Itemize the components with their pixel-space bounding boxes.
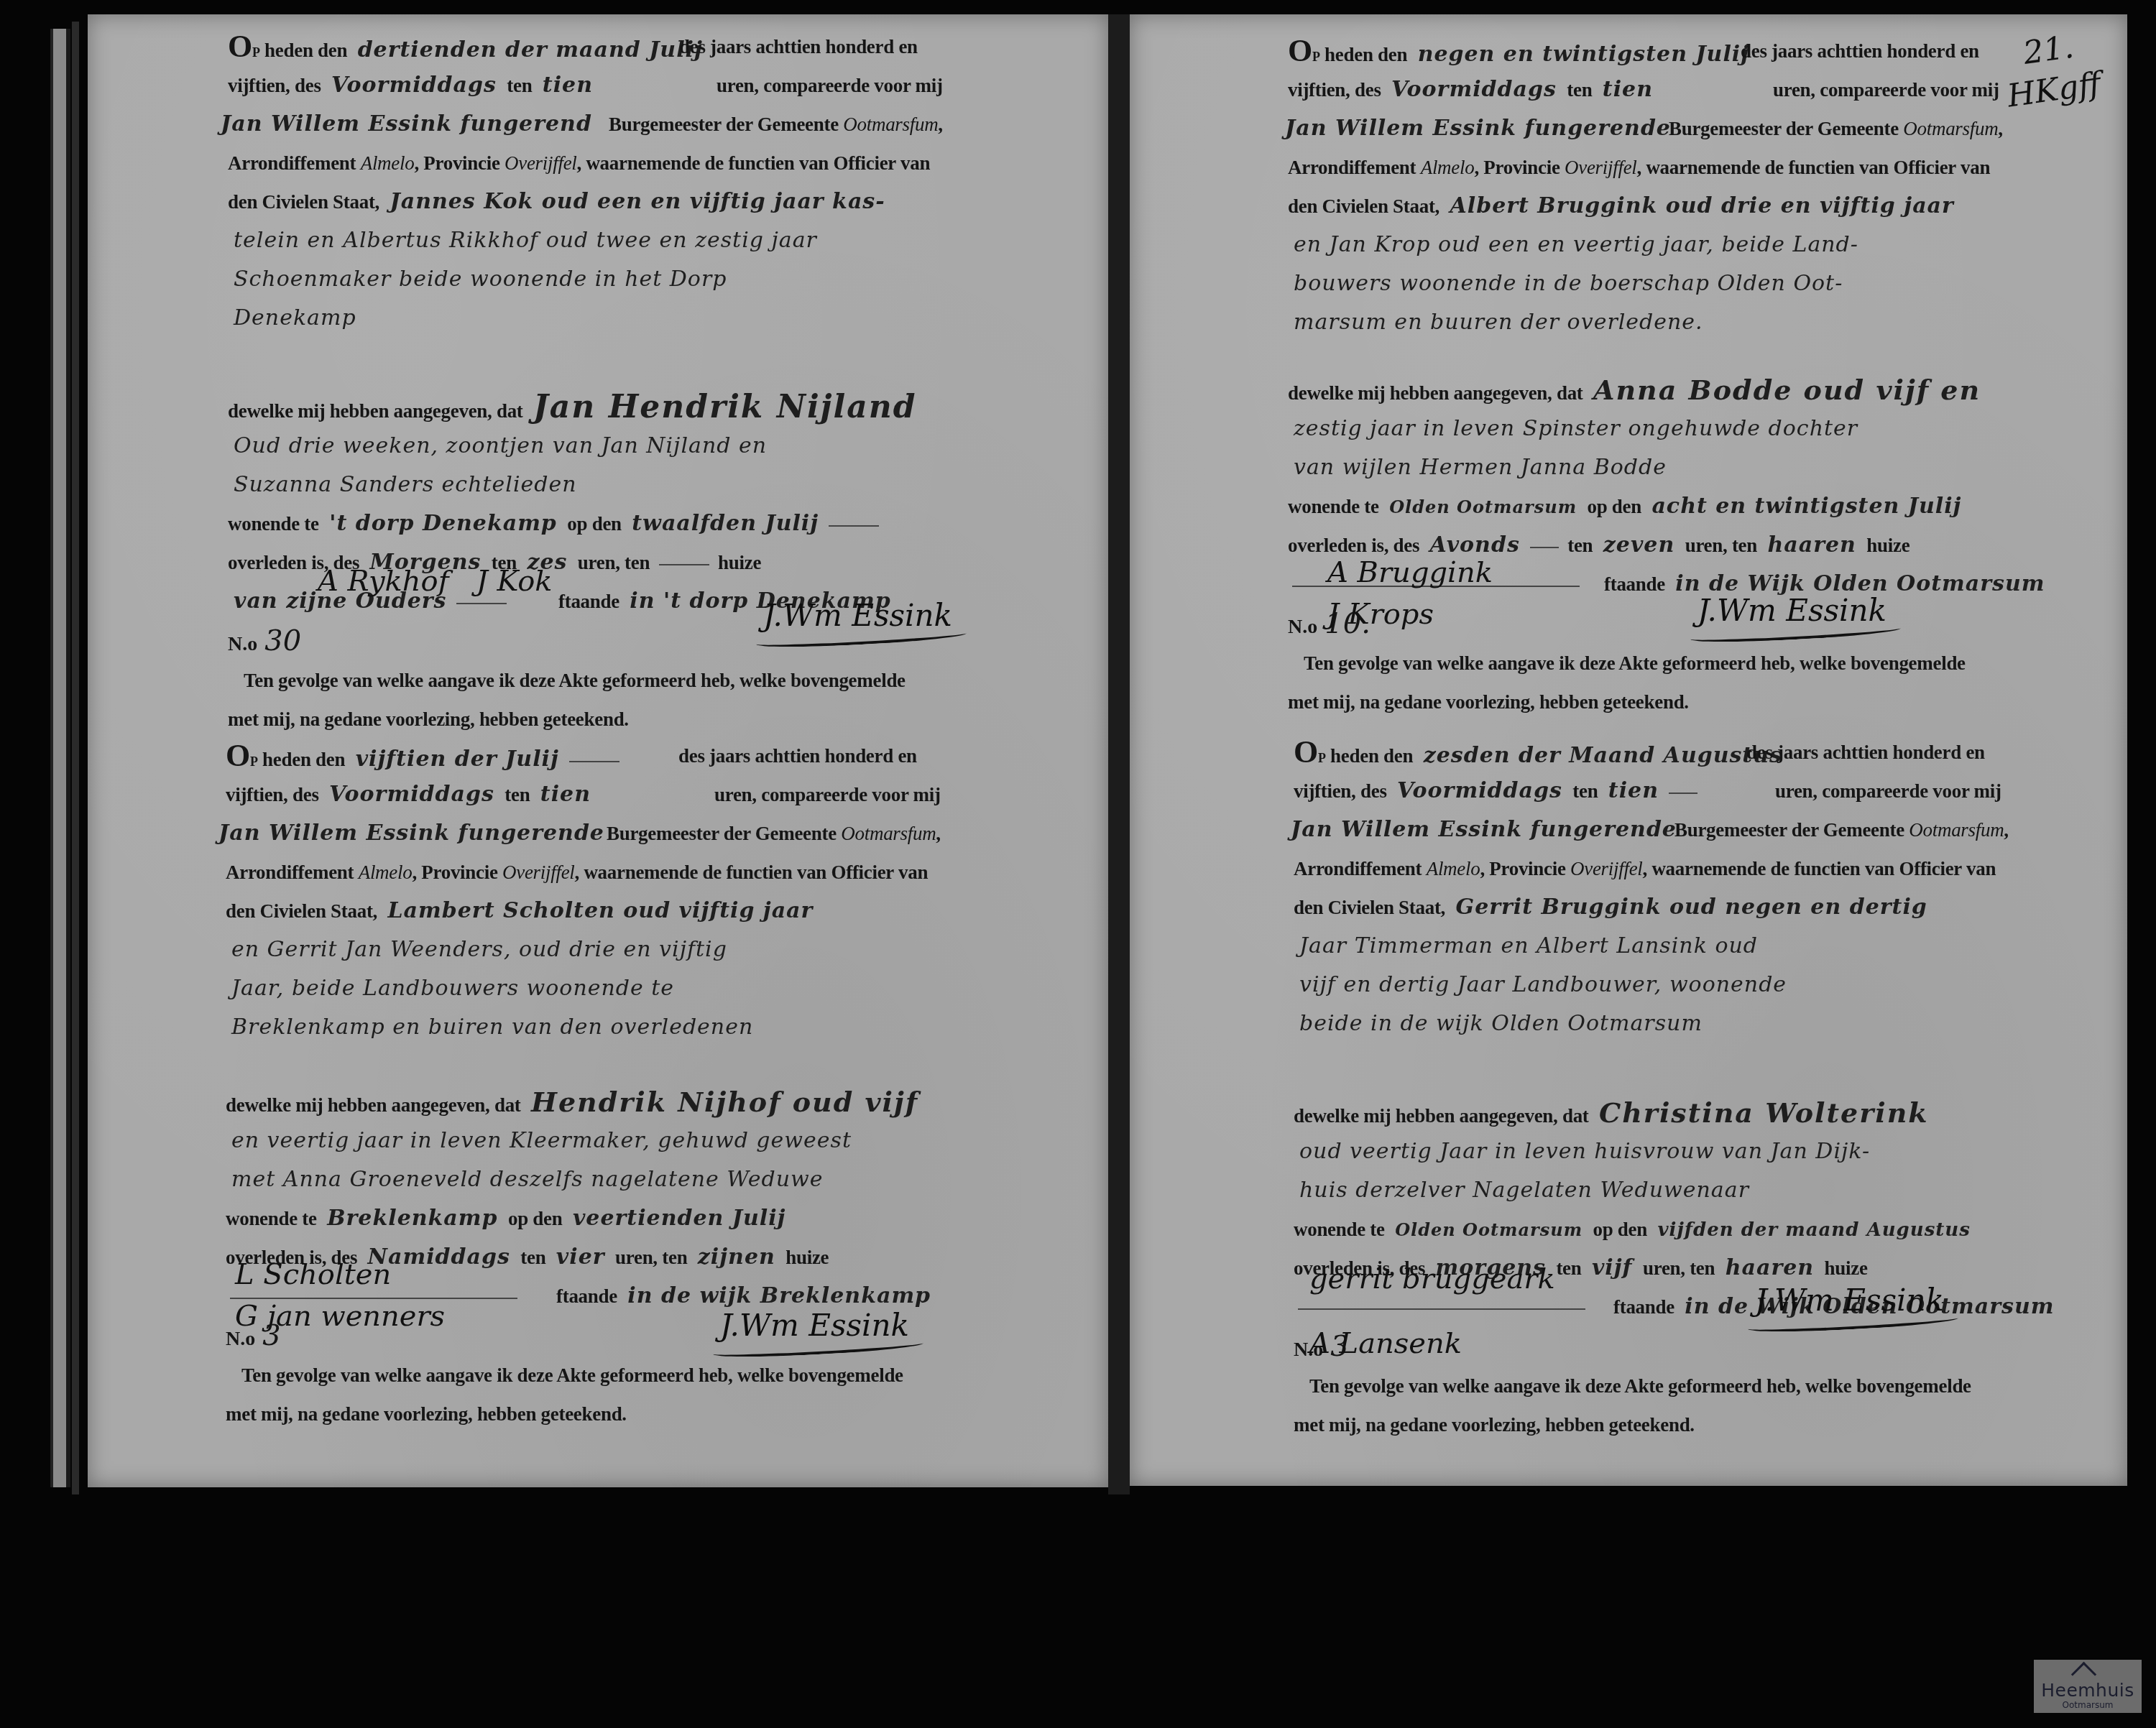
printed-text: op den xyxy=(567,513,621,535)
handwritten-deceased-name: Christina Wolterink xyxy=(1599,1096,1929,1129)
printed-text: des jaars achttien honderd en xyxy=(1741,32,1979,70)
handwritten-deceased-details: Oud drie weeken, zoontjen van Jan Nijlan… xyxy=(234,433,767,458)
printed-text: ten xyxy=(1567,79,1592,101)
mayor-signature: J.Wm Essink xyxy=(763,598,952,633)
printed-province: Overijffel xyxy=(505,152,576,174)
printed-text: op den xyxy=(508,1208,562,1229)
printed-text: Burgemeester der Gemeente xyxy=(607,823,837,844)
printed-text: , xyxy=(936,823,940,844)
printed-text: wonende te xyxy=(1288,496,1379,517)
book-spine-edge xyxy=(72,22,79,1494)
printed-text: ten xyxy=(1572,780,1598,802)
initial-letter-rest: P xyxy=(250,754,258,769)
printed-text: Arrondiffement xyxy=(1294,858,1422,879)
handwritten-deceased-details: van wijlen Hermen Janna Bodde xyxy=(1294,455,1667,480)
printed-text: , waarnemende de functien van Officier v… xyxy=(1637,157,1991,178)
printed-text: dewelke mij hebben aangegeven, dat xyxy=(226,1094,521,1116)
handwritten-deceased-name: Anna Bodde oud vijf en xyxy=(1593,374,1981,406)
printed-text: des jaars achttien honderd en xyxy=(679,27,918,66)
printed-text: huize xyxy=(1866,535,1909,556)
handwritten-witnesses: Gerrit Bruggink oud negen en dertig xyxy=(1456,895,1927,920)
printed-text: , Provincie xyxy=(1474,157,1560,178)
watermark-subtitle: Ootmarsum xyxy=(2034,1700,2142,1710)
printed-text: vijftien, des xyxy=(1294,780,1387,802)
printed-text: dewelke mij hebben aangegeven, dat xyxy=(1288,382,1583,404)
printed-text: met mij, na gedane voorlezing, hebben ge… xyxy=(1294,1414,1695,1436)
book-page-edges xyxy=(50,29,70,1487)
handwritten-residence: Olden Ootmarsum xyxy=(1389,496,1577,517)
printed-text: ftaande xyxy=(1613,1296,1674,1318)
handwritten-witnesses: Jaar, beide Landbouwers woonende te xyxy=(231,976,674,1001)
mayor-signature: J.Wm Essink xyxy=(720,1308,909,1343)
handwritten-date: negen en twintigsten Julij xyxy=(1418,42,1749,67)
initial-letter: O xyxy=(228,29,252,64)
handwritten-witnesses: beide in de wijk Olden Ootmarsum xyxy=(1299,1011,1703,1036)
initial-letter: O xyxy=(1294,734,1318,770)
printed-municipality: Ootmarsfum xyxy=(843,114,938,135)
handwritten-deceased-details: huis derzelver Nagelaten Weduwenaar xyxy=(1299,1178,1749,1203)
printed-text: uren, ten xyxy=(1643,1257,1715,1279)
printed-text: Ten gevolge van welke aangave ik deze Ak… xyxy=(1309,1375,1971,1397)
printed-text: dewelke mij hebben aangegeven, dat xyxy=(228,400,523,422)
folio-number: 21. HKgff xyxy=(1999,24,2104,116)
handwritten-location: in de wijk Breklenkamp xyxy=(627,1283,931,1308)
handwritten-house: zijnen xyxy=(698,1244,775,1270)
initial-letter-rest: P xyxy=(252,45,260,60)
witness-signature: A Rykhof xyxy=(318,565,449,598)
handwritten-deceased-name: Jan Hendrik Nijland xyxy=(533,389,917,425)
printed-text: ten xyxy=(520,1247,545,1268)
printed-text: heden den xyxy=(1330,745,1413,767)
printed-text: huize xyxy=(1825,1257,1868,1279)
handwritten-house: haaren xyxy=(1767,532,1856,558)
handwritten-hour: tien xyxy=(543,73,593,98)
printed-text: uren, compareerde voor mij xyxy=(1773,70,1999,109)
printed-text: vijftien, des xyxy=(228,75,321,96)
printed-text: ten xyxy=(1567,535,1593,556)
handwritten-death-hour: vier xyxy=(556,1244,605,1270)
printed-text: , waarnemende de functien van Officier v… xyxy=(1643,858,1996,879)
printed-text: vijftien, des xyxy=(226,784,319,805)
printed-text: uren, compareerde voor mij xyxy=(717,66,943,105)
handwritten-daypart: Voormiddags xyxy=(329,782,494,807)
act-number: 30 xyxy=(264,624,301,657)
printed-text: huize xyxy=(718,552,761,573)
handwritten-deceased-name: Hendrik Nijhof oud vijf xyxy=(531,1086,918,1118)
printed-text: den Civielen Staat, xyxy=(1288,195,1439,217)
printed-text: ten xyxy=(507,75,532,96)
witness-signature: L Scholten xyxy=(235,1254,445,1295)
handwritten-witnesses: vijf en dertig Jaar Landbouwer, woonende xyxy=(1299,972,1787,997)
witness-signature: J Kok xyxy=(476,565,553,598)
printed-text: Ten gevolge van welke aangave ik deze Ak… xyxy=(244,670,906,691)
handwritten-witnesses: Breklenkamp en buiren van den overledene… xyxy=(231,1015,753,1040)
printed-text: met mij, na gedane voorlezing, hebben ge… xyxy=(226,1403,627,1425)
handwritten-hour: tien xyxy=(540,782,591,807)
printed-text: ten xyxy=(1556,1257,1581,1279)
initial-letter: O xyxy=(226,738,250,773)
act-number-label: N.o xyxy=(1288,616,1317,638)
handwritten-residence: Olden Ootmarsum xyxy=(1395,1219,1583,1240)
left-page: OP heden den dertienden der maand Julij … xyxy=(88,14,1108,1487)
printed-text: heden den xyxy=(262,749,345,770)
handwritten-mayor-name: Jan Willem Essink fungerende xyxy=(1285,116,1671,141)
handwritten-death-date: vijfden der maand Augustus xyxy=(1657,1219,1970,1241)
handwritten-deceased-details: met Anna Groeneveld deszelfs nagelatene … xyxy=(231,1167,823,1192)
printed-municipality: Ootmarsfum xyxy=(1903,118,1998,139)
printed-text: ftaande xyxy=(1604,573,1665,595)
handwritten-deceased-details: Suzanna Sanders echtelieden xyxy=(234,472,577,497)
mayor-signature: J.Wm Essink xyxy=(1697,593,1886,628)
printed-text: uren, compareerde voor mij xyxy=(1775,772,2001,810)
mayor-signature: J.Wm Essink xyxy=(1755,1283,1944,1318)
handwritten-witnesses: bouwers woonende in de boerschap Olden O… xyxy=(1294,271,1843,296)
handwritten-date: dertienden der maand Julij xyxy=(358,37,703,63)
witness-signatures: L Scholten G jan wenners xyxy=(235,1254,445,1337)
handwritten-mayor-name: Jan Willem Essink fungerend xyxy=(221,111,592,137)
witness-signature: gerrit bruggeark xyxy=(1309,1247,1555,1311)
witness-signature: A Lansenk xyxy=(1309,1311,1555,1376)
handwritten-residence: 't dorp Denekamp xyxy=(329,511,557,536)
printed-text: met mij, na gedane voorlezing, hebben ge… xyxy=(228,708,629,730)
printed-text: , xyxy=(2004,819,2008,841)
handwritten-hour: tien xyxy=(1603,77,1653,102)
handwritten-witnesses: Jaar Timmerman en Albert Lansink oud xyxy=(1299,933,1758,958)
handwritten-witnesses: en Jan Krop oud een en veertig jaar, bei… xyxy=(1294,232,1858,257)
handwritten-mayor-name: Jan Willem Essink fungerende xyxy=(1291,817,1677,842)
printed-text: wonende te xyxy=(228,513,319,535)
handwritten-witnesses: en Gerrit Jan Weenders, oud drie en vijf… xyxy=(231,937,727,962)
printed-text: Arrondiffement xyxy=(228,152,356,174)
printed-text: , Provincie xyxy=(412,861,497,883)
printed-arrondissement: Almelo xyxy=(359,861,413,883)
printed-text: dewelke mij hebben aangegeven, dat xyxy=(1294,1105,1589,1127)
printed-text: Arrondiffement xyxy=(226,861,354,883)
handwritten-death-hour: zeven xyxy=(1603,532,1674,558)
printed-text: , xyxy=(1998,118,2002,139)
witness-signatures: A Rykhof J Kok xyxy=(318,560,553,602)
printed-text: Burgemeester der Gemeente xyxy=(1669,118,1899,139)
handwritten-daypart: Voormiddags xyxy=(1391,77,1557,102)
printed-municipality: Ootmarsfum xyxy=(1909,819,2004,841)
witness-signature: A Bruggink xyxy=(1327,552,1493,593)
printed-province: Overijffel xyxy=(502,861,574,883)
initial-letter: O xyxy=(1288,33,1312,68)
printed-text: wonende te xyxy=(1294,1219,1385,1240)
printed-province: Overijffel xyxy=(1570,858,1642,879)
handwritten-death-date: twaalfden Julij xyxy=(632,511,819,536)
book-gutter xyxy=(1108,14,1130,1494)
printed-text: heden den xyxy=(264,40,347,61)
printed-text: ten xyxy=(505,784,530,805)
handwritten-deceased-details: zestig jaar in leven Spinster ongehuwde … xyxy=(1294,416,1858,441)
printed-arrondissement: Almelo xyxy=(1421,157,1475,178)
printed-text: Arrondiffement xyxy=(1288,157,1416,178)
initial-letter-rest: P xyxy=(1318,751,1326,765)
printed-text: op den xyxy=(1593,1219,1646,1240)
printed-text: , xyxy=(938,114,942,135)
printed-text: uren, ten xyxy=(615,1247,687,1268)
handwritten-hour: tien xyxy=(1608,778,1659,803)
printed-text: , Provincie xyxy=(414,152,499,174)
handwritten-deceased-details: en veertig jaar in leven Kleermaker, geh… xyxy=(231,1128,852,1153)
handwritten-daypart: Voormiddags xyxy=(1397,778,1562,803)
printed-arrondissement: Almelo xyxy=(1427,858,1480,879)
handwritten-witnesses: marsum en buuren der overledene. xyxy=(1294,310,1703,335)
printed-text: den Civielen Staat, xyxy=(1294,897,1445,918)
witness-signatures: A Bruggink J Krops xyxy=(1327,552,1493,635)
printed-text: , Provincie xyxy=(1480,858,1565,879)
printed-text: Ten gevolge van welke aangave ik deze Ak… xyxy=(1304,652,1966,674)
watermark-title: Heemhuis xyxy=(2034,1680,2142,1701)
printed-text: uren, compareerde voor mij xyxy=(714,775,941,814)
printed-text: , waarnemende de functien van Officier v… xyxy=(577,152,931,174)
initial-letter-rest: P xyxy=(1312,50,1320,64)
handwritten-death-hour: vijf xyxy=(1592,1255,1633,1280)
printed-municipality: Ootmarsfum xyxy=(841,823,936,844)
printed-province: Overijffel xyxy=(1565,157,1636,178)
right-page: 21. HKgff OP heden den negen en twintigs… xyxy=(1130,14,2127,1486)
handwritten-house: haaren xyxy=(1726,1255,1814,1280)
printed-text: vijftien, des xyxy=(1288,79,1381,101)
handwritten-witnesses: Albert Bruggink oud drie en vijftig jaar xyxy=(1450,193,1954,218)
printed-text: ftaande xyxy=(558,591,619,612)
handwritten-witnesses: Denekamp xyxy=(234,305,356,331)
printed-text: huize xyxy=(786,1247,829,1268)
handwritten-witnesses: Schoenmaker beide woonende in het Dorp xyxy=(234,267,727,292)
witness-signature: J Krops xyxy=(1327,593,1493,635)
witness-signature: G jan wenners xyxy=(235,1295,445,1337)
handwritten-witnesses: telein en Albertus Rikkhof oud twee en z… xyxy=(234,228,817,253)
printed-text: uren, ten xyxy=(578,552,650,573)
act-number-label: N.o xyxy=(228,633,257,655)
printed-text: ftaande xyxy=(556,1285,617,1307)
printed-text: uren, ten xyxy=(1685,535,1757,556)
printed-text: op den xyxy=(1587,496,1641,517)
handwritten-death-date: veertienden Julij xyxy=(573,1206,786,1231)
handwritten-date: vijftien der Julij xyxy=(356,747,559,772)
printed-text: heden den xyxy=(1325,44,1407,65)
handwritten-mayor-name: Jan Willem Essink fungerende xyxy=(218,821,604,846)
printed-text: den Civielen Staat, xyxy=(228,191,379,213)
handwritten-deceased-details: oud veertig Jaar in leven huisvrouw van … xyxy=(1299,1139,1870,1164)
printed-text: Burgemeester der Gemeente xyxy=(1674,819,1904,841)
handwritten-daypart: Voormiddags xyxy=(331,73,497,98)
handwritten-date: zesden der Maand Augustus xyxy=(1424,743,1782,768)
handwritten-death-date: acht en twintigsten Julij xyxy=(1651,494,1961,519)
handwritten-witnesses: Lambert Scholten oud vijftig jaar xyxy=(388,898,814,923)
printed-text: , waarnemende de functien van Officier v… xyxy=(575,861,929,883)
handwritten-witnesses: Jannes Kok oud een en vijftig jaar kas- xyxy=(390,189,885,214)
printed-arrondissement: Almelo xyxy=(361,152,415,174)
printed-text: den Civielen Staat, xyxy=(226,900,377,922)
printed-text: Ten gevolge van welke aangave ik deze Ak… xyxy=(241,1364,903,1386)
printed-text: Burgemeester der Gemeente xyxy=(609,114,839,135)
printed-text: des jaars achttien honderd en xyxy=(1746,733,1985,772)
witness-signatures: gerrit bruggeark A Lansenk xyxy=(1309,1247,1555,1376)
printed-text: wonende te xyxy=(226,1208,317,1229)
heemhuis-watermark-logo: Heemhuis Ootmarsum xyxy=(2034,1660,2142,1713)
handwritten-residence: Breklenkamp xyxy=(327,1206,497,1231)
printed-text: met mij, na gedane voorlezing, hebben ge… xyxy=(1288,691,1689,713)
printed-text: des jaars achttien honderd en xyxy=(678,736,917,775)
